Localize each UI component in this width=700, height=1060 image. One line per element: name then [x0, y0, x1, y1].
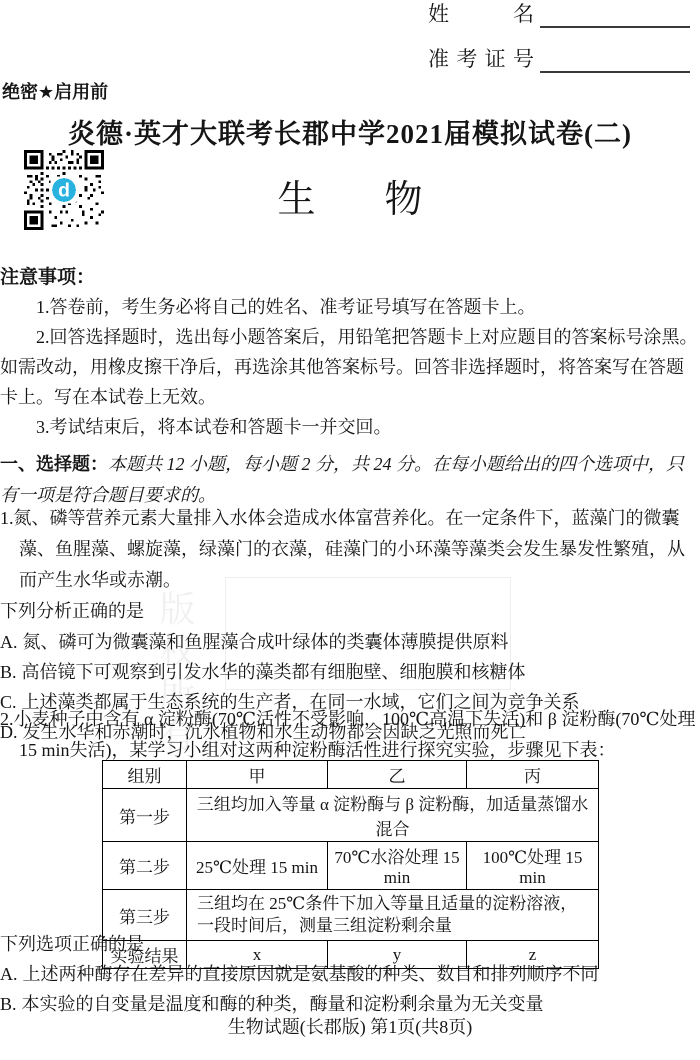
- question-2-options: 下列选项正确的是 A.上述两种酶存在差异的直接原因就是氨基酸的种类、数目和排列顺…: [0, 929, 700, 1019]
- table-row-step1: 第一步 三组均加入等量 α 淀粉酶与 β 淀粉酶，加适量蒸馏水混合: [103, 789, 599, 842]
- notice-heading: 注意事项：: [0, 264, 700, 292]
- header-group-jia: 甲: [187, 761, 328, 789]
- option-b-label: B.: [0, 994, 17, 1014]
- option-a-text: 氮、磷可为微囊藻和鱼腥藻合成叶绿体的类囊体薄膜提供原料: [23, 632, 509, 652]
- question-2: 2.小麦种子中含有 α 淀粉酶(70℃活性不受影响，100℃高温下失活)和 β …: [0, 704, 700, 766]
- option-b-text: 高倍镜下可观察到引发水华的藻类都有细胞壁、细胞膜和核糖体: [22, 662, 526, 682]
- question-2-stem: 2.小麦种子中含有 α 淀粉酶(70℃活性不受影响，100℃高温下失活)和 β …: [0, 704, 700, 766]
- page-footer: 生物试题(长郡版) 第1页(共8页): [0, 1013, 700, 1039]
- question-2-number: 2.: [0, 709, 14, 729]
- step2-label: 第二步: [103, 842, 187, 890]
- section-heading: 一、选择题：本题共 12 小题，每小题 2 分，共 24 分。在每小题给出的四个…: [0, 449, 700, 511]
- step2-cell-bing: 100℃处理 15 min: [467, 842, 599, 890]
- option-a-label: A.: [0, 964, 18, 984]
- question-2-text: 小麦种子中含有 α 淀粉酶(70℃活性不受影响，100℃高温下失活)和 β 淀粉…: [14, 709, 696, 760]
- option-a-text: 上述两种酶存在差异的直接原因就是氨基酸的种类、数目和排列顺序不同: [23, 964, 599, 984]
- step2-cell-yi: 70℃水浴处理 15 min: [328, 842, 467, 890]
- name-blank-line: [540, 4, 690, 28]
- subject-title: 生物: [0, 168, 700, 223]
- admission-number-blank-line: [540, 49, 690, 73]
- header-group-yi: 乙: [328, 761, 467, 789]
- name-label: 姓名: [428, 0, 534, 28]
- option-b-label: B.: [0, 662, 17, 682]
- option-a-label: A.: [0, 632, 18, 652]
- question-1-number: 1.: [0, 508, 14, 528]
- name-row: 姓名: [428, 2, 690, 28]
- question-1-text: 氮、磷等营养元素大量排入水体会造成水体富营养化。在一定条件下，蓝藻门的微囊藻、鱼…: [14, 508, 686, 590]
- notice-section: 注意事项： 1.答卷前，考生务必将自己的姓名、准考证号填写在答题卡上。 2.回答…: [0, 264, 700, 442]
- notice-item-2: 2.回答选择题时，选出每小题答案后，用铅笔把答题卡上对应题目的答案标号涂黑。如需…: [0, 322, 700, 412]
- question-2-option-a: A.上述两种酶存在差异的直接原因就是氨基酸的种类、数目和排列顺序不同: [0, 959, 700, 989]
- question-1-option-b: B.高倍镜下可观察到引发水华的藻类都有细胞壁、细胞膜和核糖体: [0, 657, 700, 687]
- question-1-stem: 1.氮、磷等营养元素大量排入水体会造成水体富营养化。在一定条件下，蓝藻门的微囊藻…: [0, 503, 700, 596]
- table-row-step2: 第二步 25℃处理 15 min 70℃水浴处理 15 min 100℃处理 1…: [103, 842, 599, 890]
- secrecy-notice: 绝密★启用前: [2, 78, 108, 104]
- step1-merged-cell: 三组均加入等量 α 淀粉酶与 β 淀粉酶，加适量蒸馏水混合: [187, 789, 599, 842]
- candidate-info-header: 姓名 准考证号: [428, 2, 690, 92]
- header-group-bing: 丙: [467, 761, 599, 789]
- exam-title: 炎德·英才大联考长郡中学2021届模拟试卷(二): [0, 112, 700, 151]
- question-2-prompt: 下列选项正确的是: [0, 929, 700, 959]
- admission-number-row: 准考证号: [428, 47, 690, 73]
- question-1-option-a: A.氮、磷可为微囊藻和鱼腥藻合成叶绿体的类囊体薄膜提供原料: [0, 627, 700, 657]
- exam-paper-page: 版权所有 姓名 准考证号 绝密★启用前 炎德·英才大联考长郡中学2021届模拟试…: [0, 0, 700, 1060]
- step2-cell-jia: 25℃处理 15 min: [187, 842, 328, 890]
- admission-number-label: 准考证号: [428, 43, 534, 73]
- header-group: 组别: [103, 761, 187, 789]
- table-header-row: 组别 甲 乙 丙: [103, 761, 599, 789]
- section-lead: 一、选择题：: [0, 454, 108, 474]
- notice-item-3: 3.考试结束后，将本试卷和答题卡一并交回。: [0, 412, 700, 442]
- question-1-prompt: 下列分析正确的是: [0, 596, 700, 627]
- step1-label: 第一步: [103, 789, 187, 842]
- notice-item-1: 1.答卷前，考生务必将自己的姓名、准考证号填写在答题卡上。: [0, 292, 700, 322]
- option-b-text: 本实验的自变量是温度和酶的种类，酶量和淀粉剩余量为无关变量: [22, 994, 544, 1014]
